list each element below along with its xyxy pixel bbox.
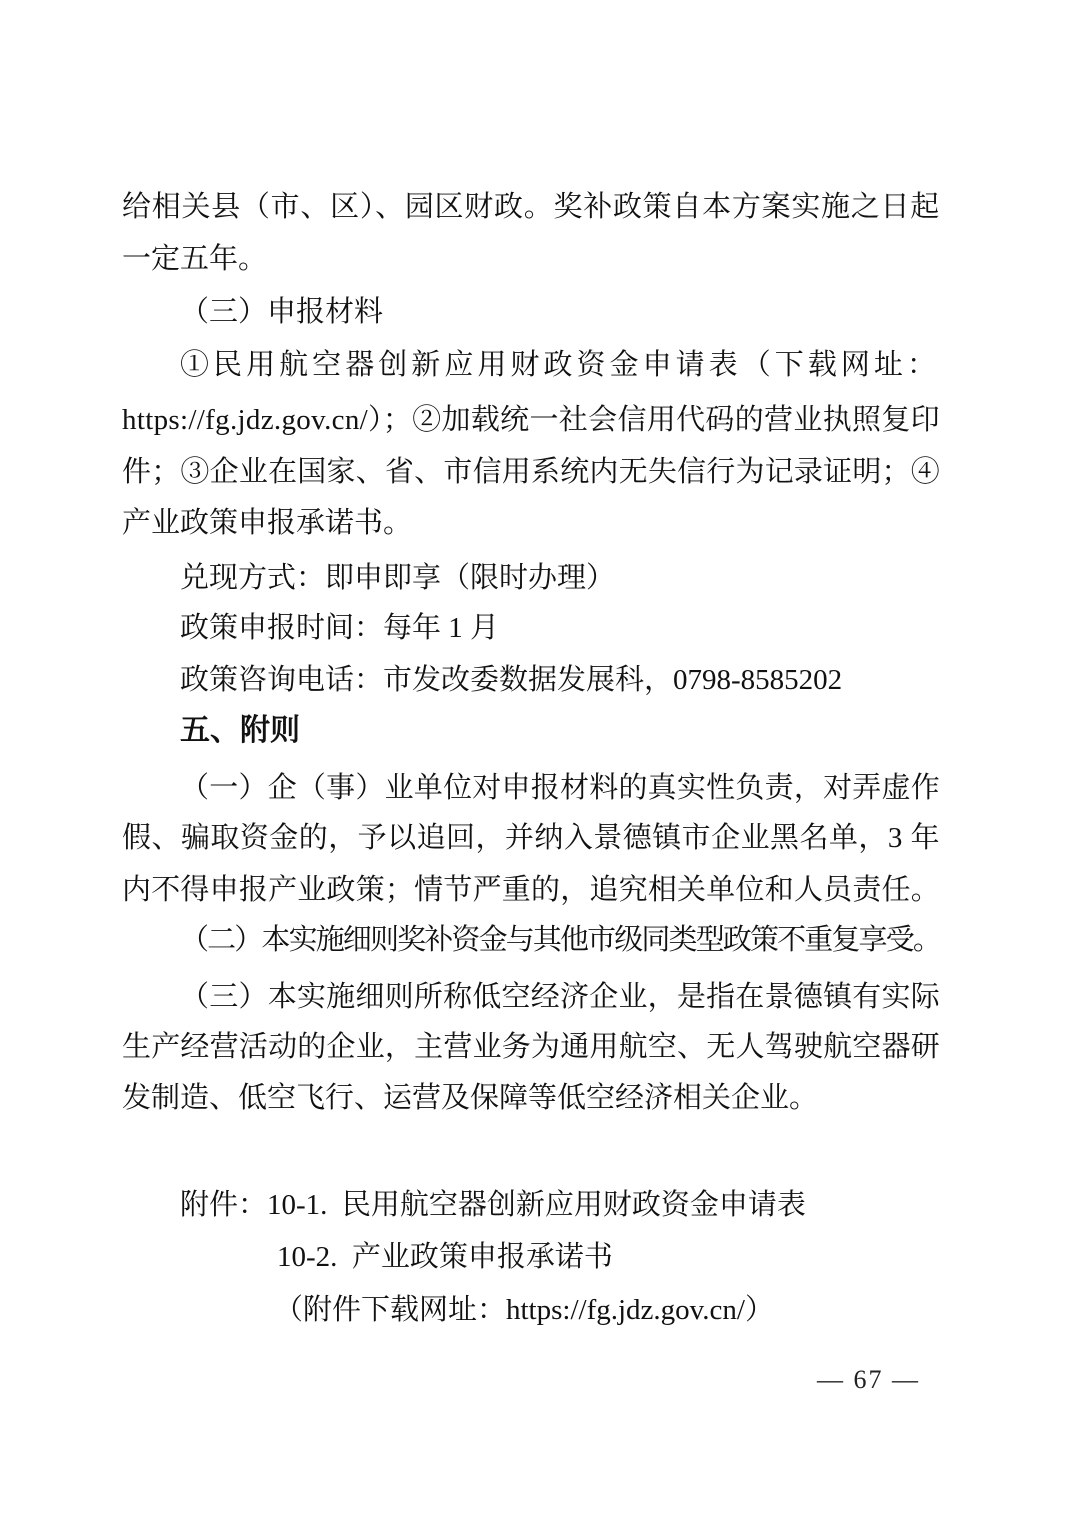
page-number: — 67 — (817, 1362, 920, 1398)
text-line: （三）申报材料 (122, 287, 998, 338)
text-line: 兑现方式：即申即享（限时办理） (122, 553, 998, 604)
text-line: （附件下载网址：https://fg.jdz.gov.cn/） (122, 1285, 1074, 1336)
text-line: （三）本实施细则所称低空经济企业，是指在景德镇有实际 (122, 972, 998, 1023)
text-line: 五、附则 (122, 705, 998, 756)
text-line: 10-2. 产业政策申报承诺书 (122, 1232, 1074, 1283)
text-line: 件；③企业在国家、省、市信用系统内无失信行为记录证明；④ (122, 447, 940, 498)
text-line: 生产经营活动的企业，主营业务为通用航空、无人驾驶航空器研 (122, 1022, 940, 1073)
text-line: 附件：10-1. 民用航空器创新应用财政资金申请表 (122, 1180, 998, 1231)
text-line: 内不得申报产业政策；情节严重的，追究相关单位和人员责任。 (122, 865, 940, 916)
text-line: https://fg.jdz.gov.cn/）；②加载统一社会信用代码的营业执照… (122, 395, 940, 446)
text-line: （二）本实施细则奖补资金与其他市级同类型政策不重复享受。 (122, 915, 998, 966)
text-line: 政策咨询电话：市发改委数据发展科，0798-8585202 (122, 655, 998, 706)
document-page: 给相关县（市、区）、园区财政。奖补政策自本方案实施之日起一定五年。（三）申报材料… (0, 0, 1074, 1520)
text-line: 一定五年。 (122, 234, 940, 285)
text-line: 产业政策申报承诺书。 (122, 498, 940, 549)
text-line: 发制造、低空飞行、运营及保障等低空经济相关企业。 (122, 1073, 940, 1124)
text-line: 政策申报时间：每年 1 月 (122, 603, 998, 654)
text-line: 假、骗取资金的，予以追回，并纳入景德镇市企业黑名单，3 年 (122, 813, 940, 864)
text-line: （一）企（事）业单位对申报材料的真实性负责，对弄虚作 (122, 763, 998, 814)
text-line: 给相关县（市、区）、园区财政。奖补政策自本方案实施之日起 (122, 182, 940, 233)
text-line: ①民用航空器创新应用财政资金申请表（下载网址： (122, 340, 998, 391)
